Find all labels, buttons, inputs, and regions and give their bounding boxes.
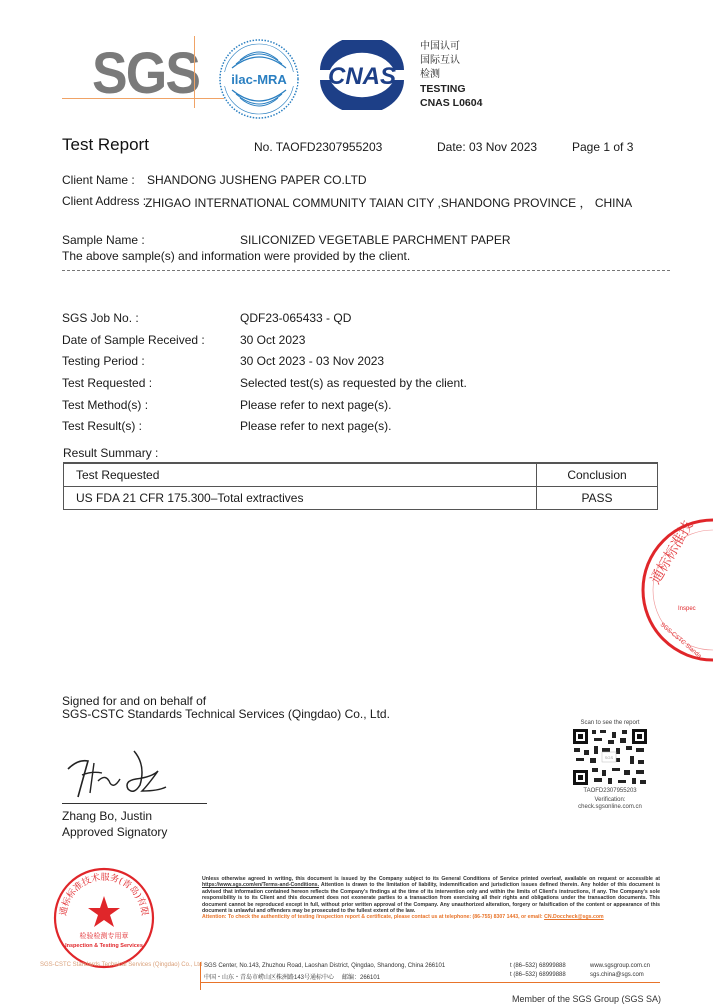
qr-report-code: TAOFD2307955203 bbox=[555, 788, 665, 794]
address-en: SGS Center, No.143, Zhuzhou Road, Laosha… bbox=[204, 963, 445, 969]
qr-code[interactable]: SGS bbox=[572, 728, 648, 786]
client-name-value: SHANDONG JUSHENG PAPER CO.LTD bbox=[147, 173, 367, 187]
cnas-line: TESTING bbox=[420, 82, 482, 96]
legal-text: Unless otherwise agreed in writing, this… bbox=[202, 876, 660, 882]
test-requested-cell: US FDA 21 CFR 175.300–Total extractives bbox=[64, 487, 537, 510]
terms-link[interactable]: https://www.sgs.com/en/Terms-and-Conditi… bbox=[202, 882, 319, 888]
footer-divider bbox=[200, 982, 660, 983]
svg-text:SGS: SGS bbox=[605, 755, 614, 760]
field-value: Please refer to next page(s). bbox=[240, 419, 391, 433]
field-label: Testing Period : bbox=[62, 354, 145, 368]
field-label: Date of Sample Received : bbox=[62, 333, 205, 347]
field-value: 30 Oct 2023 bbox=[240, 333, 305, 347]
table-header-row: Test Requested Conclusion bbox=[64, 463, 658, 487]
client-address-value: ZHIGAO INTERNATIONAL COMMUNITY TAIAN CIT… bbox=[145, 194, 632, 211]
field-value: QDF23-065433 - QD bbox=[240, 311, 351, 325]
field-value: Selected test(s) as requested by the cli… bbox=[240, 376, 467, 390]
field-label: SGS Job No. : bbox=[62, 311, 139, 325]
svg-text:CNAS: CNAS bbox=[328, 63, 396, 90]
cnas-accreditation-text: 中国认可 国际互认 检测 TESTING CNAS L0604 bbox=[420, 40, 482, 110]
result-summary-label: Result Summary : bbox=[63, 446, 158, 460]
column-header-conclusion: Conclusion bbox=[537, 463, 658, 487]
svg-text:检验检测专用章: 检验检测专用章 bbox=[80, 931, 129, 940]
qr-verification-site: check.sgsonline.com.cn bbox=[555, 804, 665, 810]
signoff-company: SGS-CSTC Standards Technical Services (Q… bbox=[62, 707, 390, 721]
client-name-label: Client Name : bbox=[62, 173, 135, 187]
sample-name-label: Sample Name : bbox=[62, 233, 145, 247]
logo-guide-line bbox=[62, 98, 224, 99]
attention-text: Attention: To check the authenticity of … bbox=[202, 914, 544, 920]
sgs-logo-text: SGS bbox=[92, 40, 199, 107]
field-label: Test Method(s) : bbox=[62, 398, 148, 412]
address-cn: 中国・山东・青岛市崂山区株洲路143号通标中心 bbox=[204, 972, 334, 981]
signatory-name: Zhang Bo, Justin bbox=[62, 809, 152, 823]
sgs-logo: SGS bbox=[62, 36, 222, 106]
cnas-line: 国际互认 bbox=[420, 54, 482, 68]
attention-notice: Attention: To check the authenticity of … bbox=[202, 914, 660, 920]
section-divider bbox=[62, 270, 670, 271]
doccheck-email-link[interactable]: CN.Doccheck@sgs.com bbox=[544, 914, 604, 920]
official-seal-stamp: 通标标准技 Inspec SGS-CSTC Standa bbox=[638, 515, 713, 665]
logo-guide-line bbox=[194, 36, 195, 108]
report-number: No. TAOFD2307955203 bbox=[254, 140, 382, 154]
cnas-line: CNAS L0604 bbox=[420, 96, 482, 110]
report-date: Date: 03 Nov 2023 bbox=[437, 140, 537, 154]
client-address-label: Client Address : bbox=[62, 194, 146, 208]
sample-note: The above sample(s) and information were… bbox=[62, 249, 410, 263]
signature-line bbox=[62, 803, 207, 804]
svg-text:ilac-MRA: ilac-MRA bbox=[231, 72, 287, 87]
footer-divider bbox=[200, 962, 201, 990]
website-link[interactable]: www.sgsgroup.com.cn bbox=[590, 963, 650, 969]
result-summary-table: Test Requested Conclusion US FDA 21 CFR … bbox=[63, 462, 658, 510]
qr-caption: Scan to see the report bbox=[555, 720, 665, 726]
cnas-line: 检测 bbox=[420, 68, 482, 82]
member-statement: Member of the SGS Group (SGS SA) bbox=[512, 994, 661, 1004]
table-row: US FDA 21 CFR 175.300–Total extractives … bbox=[64, 487, 658, 510]
cnas-logo: CNAS bbox=[314, 40, 410, 110]
cnas-line: 中国认可 bbox=[420, 40, 482, 54]
stamp-company-text: SGS-CSTC Standards Technical Services (Q… bbox=[40, 962, 202, 968]
field-label: Test Requested : bbox=[62, 376, 152, 390]
page-title: Test Report bbox=[62, 135, 149, 155]
signatory-role: Approved Signatory bbox=[62, 825, 167, 839]
phone: t (86–532) 68999888 bbox=[510, 972, 566, 978]
inspection-seal-stamp: 通标标准技术服务(青岛)有限公司 检验检测专用章 Inspection & Te… bbox=[52, 866, 156, 970]
sample-name-value: SILICONIZED VEGETABLE PARCHMENT PAPER bbox=[240, 233, 511, 247]
postcode-cn: 邮编：266101 bbox=[342, 972, 380, 981]
svg-text:Inspec: Inspec bbox=[678, 606, 696, 612]
field-value: Please refer to next page(s). bbox=[240, 398, 391, 412]
svg-text:Inspection & Testing Services: Inspection & Testing Services bbox=[65, 943, 143, 949]
conclusion-cell: PASS bbox=[537, 487, 658, 510]
field-label: Test Result(s) : bbox=[62, 419, 142, 433]
qr-verification-label: Verification: bbox=[555, 797, 665, 803]
email-link[interactable]: sgs.china@sgs.com bbox=[590, 972, 644, 978]
field-value: 30 Oct 2023 - 03 Nov 2023 bbox=[240, 354, 384, 368]
phone: t (86–532) 68999888 bbox=[510, 963, 566, 969]
legal-disclaimer: Unless otherwise agreed in writing, this… bbox=[202, 876, 660, 921]
ilac-mra-logo: ilac-MRA bbox=[218, 38, 300, 120]
signature-image bbox=[62, 745, 192, 803]
page-indicator: Page 1 of 3 bbox=[572, 140, 633, 154]
signoff-line-1: Signed for and on behalf of bbox=[62, 694, 206, 708]
column-header-test: Test Requested bbox=[64, 463, 537, 487]
